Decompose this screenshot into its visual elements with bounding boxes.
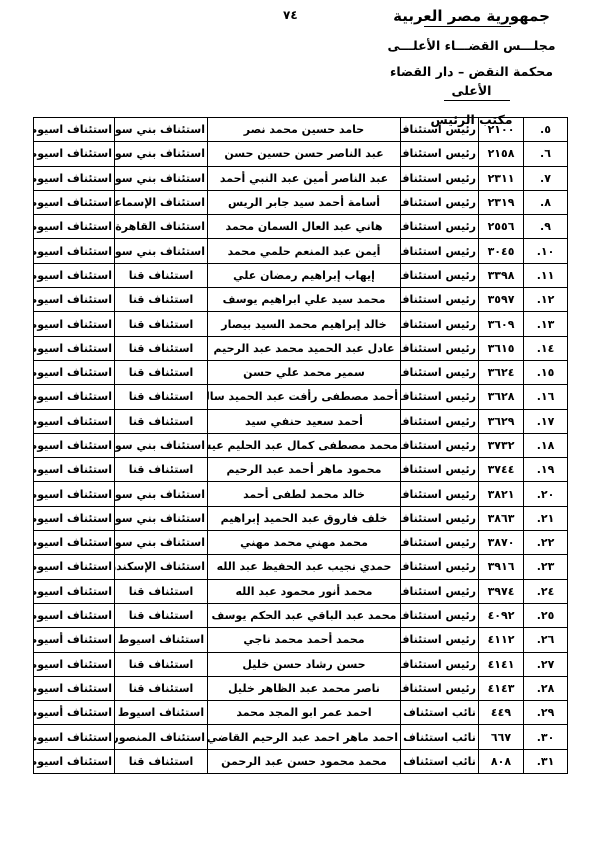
cell-serial-number: ١٦. [524, 385, 568, 409]
table-row: ٢٢. ٣٨٧٠ رئيس استئناف محمد مهني محمد مهن… [34, 531, 568, 555]
table-row: ٢١. ٣٨٦٣ رئيس استئناف خلف فاروق عبد الحم… [34, 506, 568, 530]
cell-rank: رئيس استئناف [401, 215, 479, 239]
cell-seniority-number: ٣٧٤٤ [479, 458, 524, 482]
cell-assigned-court: استئناف اسيوط [34, 288, 115, 312]
cell-seniority-number: ٣٨٦٣ [479, 506, 524, 530]
header-republic-line: جمهورية مصر العربية [374, 6, 569, 28]
cell-rank: رئيس استئناف [401, 506, 479, 530]
cell-judge-name: محمد مهني محمد مهني [208, 531, 401, 555]
table-row: ٧. ٢٣١١ رئيس استئناف عبد الناصر أمين عبد… [34, 166, 568, 190]
cell-rank: رئيس استئناف [401, 360, 479, 384]
cell-serial-number: ٣٠. [524, 725, 568, 749]
cell-assigned-court: استئناف اسيوط [34, 603, 115, 627]
cell-assigned-court: استئناف أسيوط منتدب [34, 628, 115, 652]
cell-assigned-court: استئناف اسيوط [34, 433, 115, 457]
cell-seniority-number: ٣٨٢١ [479, 482, 524, 506]
cell-assigned-court: استئناف اسيوط [34, 725, 115, 749]
cell-judge-name: خلف فاروق عبد الحميد إبراهيم [208, 506, 401, 530]
cell-judge-name: احمد ماهر احمد عبد الرحيم القاضي [208, 725, 401, 749]
cell-rank: رئيس استئناف [401, 288, 479, 312]
table-row: ١٩. ٣٧٤٤ رئيس استئناف محمود ماهر أحمد عب… [34, 458, 568, 482]
cell-origin-court: استئناف قنا [115, 579, 208, 603]
cell-judge-name: عبد الناصر أمين عبد النبي أحمد [208, 166, 401, 190]
cell-origin-court: استئناف القاهرة [115, 215, 208, 239]
table-row: ٦. ٢١٥٨ رئيس استئناف عبد الناصر حسن حسين… [34, 142, 568, 166]
cell-seniority-number: ٢١٠٠ [479, 118, 524, 142]
cell-assigned-court: استئناف اسيوط [34, 458, 115, 482]
cell-rank: رئيس استئناف [401, 555, 479, 579]
cell-seniority-number: ٦٦٧ [479, 725, 524, 749]
cell-origin-court: استئناف الإسكندرية [115, 555, 208, 579]
cell-judge-name: أسامة أحمد سيد جابر الريس [208, 190, 401, 214]
cell-seniority-number: ٢٥٥٦ [479, 215, 524, 239]
cell-seniority-number: ٤١٤٣ [479, 676, 524, 700]
cell-judge-name: محمد أنور محمود عبد الله [208, 579, 401, 603]
cell-assigned-court: استئناف اسيوط [34, 190, 115, 214]
judges-table: ٥. ٢١٠٠ رئيس استئناف حامد حسين محمد نصر … [33, 117, 568, 774]
cell-rank: رئيس استئناف [401, 482, 479, 506]
table-row: ٢٦. ٤١١٢ رئيس استئناف محمد أحمد محمد ناج… [34, 628, 568, 652]
cell-assigned-court: استئناف أسيوط منتدب [34, 701, 115, 725]
cell-origin-court: استئناف قنا [115, 676, 208, 700]
cell-judge-name: محمد عبد الباقي عبد الحكم يوسف [208, 603, 401, 627]
cell-rank: رئيس استئناف [401, 652, 479, 676]
republic-title: جمهورية مصر العربية [393, 7, 550, 28]
cell-judge-name: عادل عبد الحميد محمد عبد الرحيم [208, 336, 401, 360]
cell-assigned-court: استئناف اسيوط [34, 482, 115, 506]
cell-judge-name: أيمن عبد المنعم حلمي محمد [208, 239, 401, 263]
cell-serial-number: ٦. [524, 142, 568, 166]
cell-serial-number: ١٧. [524, 409, 568, 433]
cell-serial-number: ٩. [524, 215, 568, 239]
cell-serial-number: ١٥. [524, 360, 568, 384]
cell-judge-name: حسن رشاد حسن خليل [208, 652, 401, 676]
cell-seniority-number: ٣٠٤٥ [479, 239, 524, 263]
cell-rank: رئيس استئناف [401, 676, 479, 700]
cell-serial-number: ٢٠. [524, 482, 568, 506]
court-title: محكمة النقض – دار القضاء الأعلى [374, 62, 569, 102]
cell-judge-name: أحمد مصطفى رأفت عبد الحميد سالم [208, 385, 401, 409]
table-row: ١٣. ٣٦٠٩ رئيس استئناف خالد إبراهيم محمد … [34, 312, 568, 336]
cell-origin-court: استئناف بني سويف [115, 142, 208, 166]
cell-rank: رئيس استئناف [401, 312, 479, 336]
cell-serial-number: ٧. [524, 166, 568, 190]
table-row: ٢٠. ٣٨٢١ رئيس استئناف خالد محمد لطفى أحم… [34, 482, 568, 506]
cell-serial-number: ٢٩. [524, 701, 568, 725]
cell-origin-court: استئناف اسيوط [115, 628, 208, 652]
cell-seniority-number: ٤١٤١ [479, 652, 524, 676]
cell-origin-court: استئناف بني سويف [115, 482, 208, 506]
cell-serial-number: ١٢. [524, 288, 568, 312]
cell-origin-court: استئناف قنا [115, 312, 208, 336]
cell-rank: رئيس استئناف [401, 531, 479, 555]
cell-rank: رئيس استئناف [401, 385, 479, 409]
cell-origin-court: استئناف بني سويف [115, 166, 208, 190]
cell-origin-court: استئناف قنا [115, 749, 208, 773]
cell-seniority-number: ٣٧٣٢ [479, 433, 524, 457]
cell-assigned-court: استئناف اسيوط [34, 166, 115, 190]
cell-rank: رئيس استئناف [401, 142, 479, 166]
cell-judge-name: محمد أحمد محمد ناجي [208, 628, 401, 652]
document-page: ٧٤ جمهورية مصر العربية مجلـــس القضـــاء… [0, 0, 595, 842]
cell-serial-number: ٢٦. [524, 628, 568, 652]
cell-judge-name: ناصر محمد عبد الظاهر خليل [208, 676, 401, 700]
cell-origin-court: استئناف بني سويف [115, 531, 208, 555]
cell-serial-number: ٢٣. [524, 555, 568, 579]
cell-seniority-number: ٢٣١٩ [479, 190, 524, 214]
cell-rank: رئيس استئناف [401, 409, 479, 433]
cell-rank: رئيس استئناف [401, 433, 479, 457]
cell-judge-name: محمد مصطفى كمال عبد الحليم عيسوي [208, 433, 401, 457]
cell-assigned-court: استئناف اسيوط [34, 239, 115, 263]
cell-origin-court: استئناف بني سويف [115, 118, 208, 142]
cell-judge-name: محمد سيد علي ابراهيم يوسف [208, 288, 401, 312]
cell-assigned-court: استئناف اسيوط [34, 676, 115, 700]
cell-seniority-number: ٤٠٩٢ [479, 603, 524, 627]
cell-origin-court: استئناف بني سويف [115, 239, 208, 263]
cell-serial-number: ٢٥. [524, 603, 568, 627]
cell-rank: رئيس استئناف [401, 263, 479, 287]
cell-assigned-court: استئناف اسيوط [34, 531, 115, 555]
cell-assigned-court: استئناف اسيوط [34, 263, 115, 287]
cell-assigned-court: استئناف اسيوط [34, 118, 115, 142]
table-row: ٢٣. ٣٩١٦ رئيس استئناف حمدي نجيب عبد الحف… [34, 555, 568, 579]
cell-seniority-number: ٤١١٢ [479, 628, 524, 652]
cell-assigned-court: استئناف اسيوط [34, 749, 115, 773]
table-row: ١٠. ٣٠٤٥ رئيس استئناف أيمن عبد المنعم حل… [34, 239, 568, 263]
table-row: ٨. ٢٣١٩ رئيس استئناف أسامة أحمد سيد جابر… [34, 190, 568, 214]
cell-serial-number: ١٤. [524, 336, 568, 360]
cell-serial-number: ٣١. [524, 749, 568, 773]
cell-judge-name: محمود ماهر أحمد عبد الرحيم [208, 458, 401, 482]
table-row: ١١. ٣٣٩٨ رئيس استئناف إيهاب إبراهيم رمضا… [34, 263, 568, 287]
cell-serial-number: ١٠. [524, 239, 568, 263]
cell-assigned-court: استئناف اسيوط [34, 360, 115, 384]
cell-serial-number: ١٨. [524, 433, 568, 457]
cell-rank: رئيس استئناف [401, 628, 479, 652]
cell-rank: رئيس استئناف [401, 336, 479, 360]
cell-assigned-court: استئناف اسيوط [34, 555, 115, 579]
cell-origin-court: استئناف قنا [115, 603, 208, 627]
table-row: ١٦. ٣٦٢٨ رئيس استئناف أحمد مصطفى رأفت عب… [34, 385, 568, 409]
cell-origin-court: استئناف قنا [115, 458, 208, 482]
cell-rank: نائب استئناف [401, 749, 479, 773]
cell-judge-name: احمد عمر ابو المجد محمد [208, 701, 401, 725]
cell-judge-name: محمد محمود حسن عبد الرحمن [208, 749, 401, 773]
cell-rank: رئيس استئناف [401, 458, 479, 482]
cell-assigned-court: استئناف اسيوط [34, 385, 115, 409]
cell-origin-court: استئناف قنا [115, 652, 208, 676]
cell-judge-name: حامد حسين محمد نصر [208, 118, 401, 142]
cell-assigned-court: استئناف اسيوط [34, 652, 115, 676]
table-row: ٣١. ٨٠٨ نائب استئناف محمد محمود حسن عبد … [34, 749, 568, 773]
table-row: ٢٤. ٣٩٧٤ رئيس استئناف محمد أنور محمود عب… [34, 579, 568, 603]
table-row: ١٨. ٣٧٣٢ رئيس استئناف محمد مصطفى كمال عب… [34, 433, 568, 457]
cell-assigned-court: استئناف اسيوط [34, 215, 115, 239]
cell-origin-court: استئناف قنا [115, 360, 208, 384]
cell-judge-name: خالد محمد لطفى أحمد [208, 482, 401, 506]
cell-assigned-court: استئناف اسيوط [34, 409, 115, 433]
table-row: ١٧. ٣٦٢٩ رئيس استئناف أحمد سعيد حنفي سيد… [34, 409, 568, 433]
cell-judge-name: خالد إبراهيم محمد السيد بيصار [208, 312, 401, 336]
cell-seniority-number: ٢١٥٨ [479, 142, 524, 166]
cell-seniority-number: ٣٦٢٤ [479, 360, 524, 384]
cell-rank: نائب استئناف [401, 701, 479, 725]
table-row: ٣٠. ٦٦٧ نائب استئناف احمد ماهر احمد عبد … [34, 725, 568, 749]
cell-assigned-court: استئناف اسيوط [34, 579, 115, 603]
cell-origin-court: استئناف الإسماعيلية [115, 190, 208, 214]
cell-seniority-number: ٣٨٧٠ [479, 531, 524, 555]
cell-serial-number: ١١. [524, 263, 568, 287]
cell-judge-name: حمدي نجيب عبد الحفيظ عبد الله [208, 555, 401, 579]
table-row: ١٥. ٣٦٢٤ رئيس استئناف سمير محمد علي حسن … [34, 360, 568, 384]
cell-serial-number: ٢٢. [524, 531, 568, 555]
cell-serial-number: ١٣. [524, 312, 568, 336]
cell-serial-number: ٨. [524, 190, 568, 214]
cell-origin-court: استئناف قنا [115, 385, 208, 409]
table-row: ٢٩. ٤٤٩ نائب استئناف احمد عمر ابو المجد … [34, 701, 568, 725]
table-row: ٢٨. ٤١٤٣ رئيس استئناف ناصر محمد عبد الظا… [34, 676, 568, 700]
cell-origin-court: استئناف قنا [115, 263, 208, 287]
cell-serial-number: ٢٧. [524, 652, 568, 676]
cell-serial-number: ٥. [524, 118, 568, 142]
cell-rank: رئيس استئناف [401, 118, 479, 142]
table-row: ٩. ٢٥٥٦ رئيس استئناف هاني عبد العال السم… [34, 215, 568, 239]
header-council-line: مجلـــس القضـــاء الأعلـــى [374, 35, 569, 55]
cell-origin-court: استئناف المنصورة [115, 725, 208, 749]
cell-judge-name: إيهاب إبراهيم رمضان علي [208, 263, 401, 287]
cell-serial-number: ١٩. [524, 458, 568, 482]
cell-assigned-court: استئناف اسيوط [34, 336, 115, 360]
cell-rank: نائب استئناف [401, 725, 479, 749]
cell-seniority-number: ٣٩١٦ [479, 555, 524, 579]
cell-origin-court: استئناف قنا [115, 336, 208, 360]
table-row: ١٢. ٣٥٩٧ رئيس استئناف محمد سيد علي ابراه… [34, 288, 568, 312]
header-court-line: محكمة النقض – دار القضاء الأعلى [374, 62, 569, 102]
cell-origin-court: استئناف قنا [115, 288, 208, 312]
cell-seniority-number: ٣٥٩٧ [479, 288, 524, 312]
cell-seniority-number: ٣٩٧٤ [479, 579, 524, 603]
cell-serial-number: ٢١. [524, 506, 568, 530]
cell-origin-court: استئناف بني سويف [115, 433, 208, 457]
table-row: ١٤. ٣٦١٥ رئيس استئناف عادل عبد الحميد مح… [34, 336, 568, 360]
table-row: ٥. ٢١٠٠ رئيس استئناف حامد حسين محمد نصر … [34, 118, 568, 142]
cell-seniority-number: ٨٠٨ [479, 749, 524, 773]
cell-origin-court: استئناف بني سويف [115, 506, 208, 530]
judges-table-body: ٥. ٢١٠٠ رئيس استئناف حامد حسين محمد نصر … [34, 118, 568, 774]
cell-judge-name: عبد الناصر حسن حسين حسن [208, 142, 401, 166]
cell-serial-number: ٢٤. [524, 579, 568, 603]
cell-rank: رئيس استئناف [401, 190, 479, 214]
cell-serial-number: ٢٨. [524, 676, 568, 700]
cell-origin-court: استئناف قنا [115, 409, 208, 433]
cell-rank: رئيس استئناف [401, 603, 479, 627]
cell-judge-name: أحمد سعيد حنفي سيد [208, 409, 401, 433]
cell-judge-name: هاني عبد العال السمان محمد [208, 215, 401, 239]
cell-judge-name: سمير محمد علي حسن [208, 360, 401, 384]
cell-seniority-number: ٢٣١١ [479, 166, 524, 190]
cell-rank: رئيس استئناف [401, 166, 479, 190]
cell-rank: رئيس استئناف [401, 239, 479, 263]
cell-origin-court: استئناف اسيوط [115, 701, 208, 725]
cell-seniority-number: ٣٦٠٩ [479, 312, 524, 336]
cell-assigned-court: استئناف اسيوط [34, 312, 115, 336]
cell-seniority-number: ٣٦٢٨ [479, 385, 524, 409]
table-row: ٢٧. ٤١٤١ رئيس استئناف حسن رشاد حسن خليل … [34, 652, 568, 676]
table-row: ٢٥. ٤٠٩٢ رئيس استئناف محمد عبد الباقي عب… [34, 603, 568, 627]
cell-seniority-number: ٣٦٢٩ [479, 409, 524, 433]
cell-assigned-court: استئناف اسيوط [34, 142, 115, 166]
council-title: مجلـــس القضـــاء الأعلـــى [388, 38, 556, 53]
cell-seniority-number: ٣٦١٥ [479, 336, 524, 360]
cell-rank: رئيس استئناف [401, 579, 479, 603]
cell-seniority-number: ٣٣٩٨ [479, 263, 524, 287]
cell-assigned-court: استئناف اسيوط [34, 506, 115, 530]
page-number: ٧٤ [283, 8, 298, 22]
cell-seniority-number: ٤٤٩ [479, 701, 524, 725]
